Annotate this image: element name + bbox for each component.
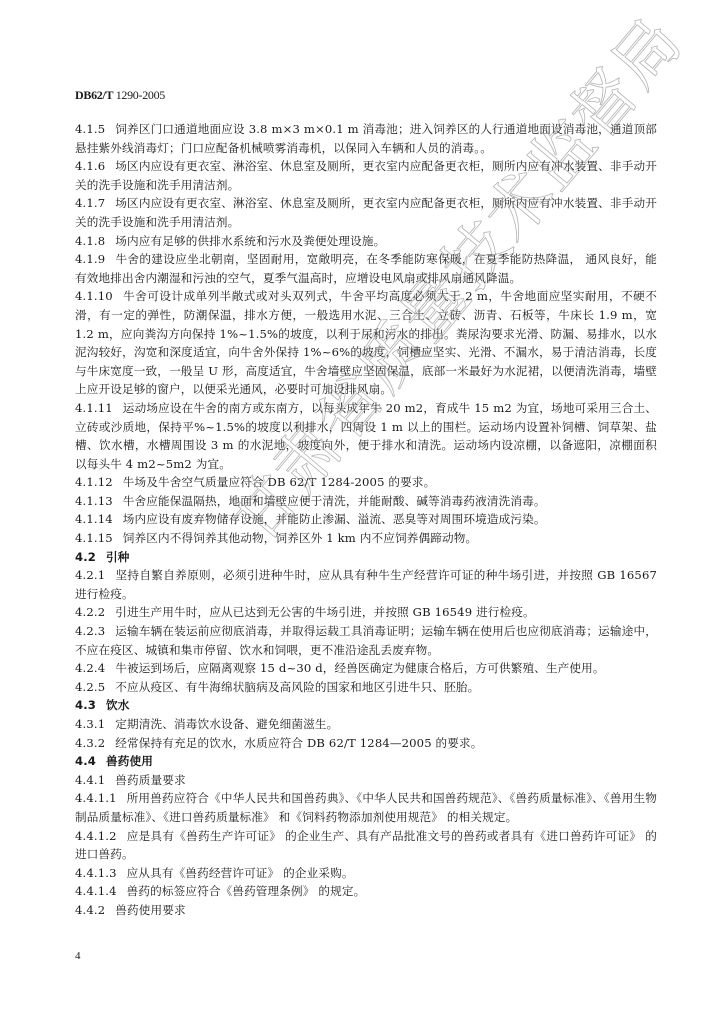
clause-4-1-14: 4.1.14场内应设有废弃物储存设施，并能防止渗漏、溢流、恶臭等对周围环境造成污… [75, 510, 657, 529]
clause-4-1-15: 4.1.15饲养区内不得饲养其他动物，饲养区外 1 km 内不应饲养偶蹄动物。 [75, 529, 657, 548]
clause-text: 引进生产用牛时，应从已达到无公害的牛场引进，并按照 GB 16549 进行检疫。 [115, 605, 535, 619]
clause-text: 运输车辆在装运前应彻底消毒，并取得运载工具消毒证明；运输车辆在使用后也应彻底消毒… [75, 624, 657, 657]
clause-4-2-4: 4.2.4牛被运到场后，应隔离观察 15 d~30 d，经兽医确定为健康合格后，… [75, 659, 657, 678]
clause-number: 4.1.14 [75, 512, 113, 526]
clause-4-1-8: 4.1.8场内应有足够的供排水系统和污水及粪便处理设施。 [75, 232, 657, 251]
clause-4-1-13: 4.1.13牛舍应能保温隔热，地面和墙壁应便于清洗，并能耐酸、碱等消毒药液清洗消… [75, 492, 657, 511]
clause-4-1-6: 4.1.6场区内应设有更衣室、淋浴室、休息室及厕所，更衣室内应配备更衣柜，厕所内… [75, 157, 657, 194]
clause-number: 4.2.5 [75, 680, 105, 694]
page-number: 4 [75, 950, 81, 962]
section-title: 引种 [106, 550, 130, 564]
clause-text: 应从具有《兽药经营许可证》 的企业采购。 [127, 866, 354, 880]
section-heading-4-4: 4.4兽药使用 [75, 752, 657, 771]
clause-4-3-2: 4.3.2经常保持有充足的饮水，水质应符合 DB 62/T 1284—2005 … [75, 734, 657, 753]
clause-number: 4.1.10 [75, 289, 113, 303]
clause-number: 4.1.7 [75, 196, 105, 210]
clause-number: 4.2.2 [75, 605, 105, 619]
clause-number: 4.4.1.4 [75, 884, 117, 898]
standard-prefix: DB62/T [75, 88, 113, 102]
clause-4-2-3: 4.2.3运输车辆在装运前应彻底消毒，并取得运载工具消毒证明；运输车辆在使用后也… [75, 622, 657, 659]
clause-text: 场内应设有废弃物储存设施，并能防止渗漏、溢流、恶臭等对周围环境造成污染。 [123, 512, 546, 526]
clause-number: 4.4.1.2 [75, 829, 117, 843]
clause-number: 4.1.9 [75, 252, 105, 266]
clause-4-3-1: 4.3.1定期清洗、消毒饮水设备、避免细菌滋生。 [75, 715, 657, 734]
clause-text: 不应从疫区、有牛海绵状脑病及高风险的国家和地区引进牛只、胚胎。 [115, 680, 479, 694]
section-number: 4.3 [75, 698, 96, 712]
clause-4-4-1-2: 4.4.1.2应是具有《兽药生产许可证》 的企业生产、具有产品批准文号的兽药或者… [75, 827, 657, 864]
clause-4-4-1-4: 4.4.1.4兽药的标签应符合《兽药管理条例》 的规定。 [75, 882, 657, 901]
clause-text: 应是具有《兽药生产许可证》 的企业生产、具有产品批准文号的兽药或者具有《进口兽药… [75, 829, 657, 862]
clause-number: 4.3.2 [75, 736, 105, 750]
clause-text: 饲养区门口通道地面应设 3.8 m×3 m×0.1 m 消毒池；进入饲养区的人行… [75, 122, 657, 155]
section-number: 4.2 [75, 550, 96, 564]
clause-4-1-11: 4.1.11运动场应设在牛舍的南方或东南方，以每头成年牛 20 m2，育成牛 1… [75, 399, 657, 473]
standard-number: 1290-2005 [116, 88, 165, 102]
clause-text: 牛舍应能保温隔热，地面和墙壁应便于清洗，并能耐酸、碱等消毒药液清洗消毒。 [123, 494, 546, 508]
clause-text: 牛舍可设计成单列半敞式或对头双列式，牛舍平均高度必须大于 2 m，牛舍地面应坚实… [75, 289, 657, 396]
clause-number: 4.4.1.3 [75, 866, 117, 880]
clause-number: 4.4.2 [75, 903, 105, 917]
clause-number: 4.4.1.1 [75, 791, 117, 805]
clause-number: 4.1.8 [75, 234, 105, 248]
clause-text: 经常保持有充足的饮水，水质应符合 DB 62/T 1284—2005 的要求。 [115, 736, 482, 750]
clause-text: 运动场应设在牛舍的南方或东南方，以每头成年牛 20 m2，育成牛 15 m2 为… [75, 401, 657, 471]
document-code-header: DB62/T 1290-2005 [75, 88, 165, 103]
clause-number: 4.2.1 [75, 568, 105, 582]
clause-text: 兽药的标签应符合《兽药管理条例》 的规定。 [127, 884, 366, 898]
clause-4-2-2: 4.2.2引进生产用牛时，应从已达到无公害的牛场引进，并按照 GB 16549 … [75, 603, 657, 622]
section-number: 4.4 [75, 754, 96, 768]
clause-number: 4.1.15 [75, 531, 113, 545]
clause-text: 兽药质量要求 [115, 773, 185, 787]
clause-text: 坚持自繁自养原则，必须引进种牛时，应从具有种牛生产经营许可证的种牛场引进，并按照… [75, 568, 657, 601]
clause-4-4-2: 4.4.2兽药使用要求 [75, 901, 657, 920]
clause-4-1-7: 4.1.7场区内应设有更衣室、淋浴室、休息室及厕所，更衣室内应配备更衣柜，厕所内… [75, 194, 657, 231]
clause-number: 4.1.11 [75, 401, 113, 415]
clause-text: 牛舍的建设应坐北朝南，坚固耐用，宽敞明亮，在冬季能防寒保暖，在夏季能防热降温， … [75, 252, 657, 285]
section-title: 饮水 [106, 698, 130, 712]
clause-4-4-1-1: 4.4.1.1所用兽药应符合《中华人民共和国兽药典》、《中华人民共和国兽药规范》… [75, 789, 657, 826]
clause-4-1-10: 4.1.10牛舍可设计成单列半敞式或对头双列式，牛舍平均高度必须大于 2 m，牛… [75, 287, 657, 399]
clause-text: 场区内应设有更衣室、淋浴室、休息室及厕所，更衣室内应配备更衣柜，厕所内应有冲水装… [75, 196, 657, 229]
clause-4-1-12: 4.1.12牛场及牛舍空气质量应符合 DB 62/T 1284-2005 的要求… [75, 473, 657, 492]
clause-number: 4.1.13 [75, 494, 113, 508]
section-heading-4-2: 4.2引种 [75, 548, 657, 567]
clause-text: 牛场及牛舍空气质量应符合 DB 62/T 1284-2005 的要求。 [123, 475, 436, 489]
clause-text: 饲养区内不得饲养其他动物，饲养区外 1 km 内不应饲养偶蹄动物。 [123, 531, 477, 545]
clause-number: 4.2.4 [75, 661, 105, 675]
clause-4-4-1-3: 4.4.1.3应从具有《兽药经营许可证》 的企业采购。 [75, 864, 657, 883]
document-body: 4.1.5饲养区门口通道地面应设 3.8 m×3 m×0.1 m 消毒池；进入饲… [75, 120, 657, 920]
clause-text: 场内应有足够的供排水系统和污水及粪便处理设施。 [115, 234, 385, 248]
clause-4-1-5: 4.1.5饲养区门口通道地面应设 3.8 m×3 m×0.1 m 消毒池；进入饲… [75, 120, 657, 157]
clause-number: 4.1.6 [75, 159, 105, 173]
clause-number: 4.3.1 [75, 717, 105, 731]
clause-4-2-5: 4.2.5不应从疫区、有牛海绵状脑病及高风险的国家和地区引进牛只、胚胎。 [75, 678, 657, 697]
clause-text: 场区内应设有更衣室、淋浴室、休息室及厕所，更衣室内应配备更衣柜，厕所内应有冲水装… [75, 159, 657, 192]
clause-text: 所用兽药应符合《中华人民共和国兽药典》、《中华人民共和国兽药规范》、《兽药质量标… [75, 791, 657, 824]
clause-number: 4.2.3 [75, 624, 105, 638]
clause-text: 兽药使用要求 [115, 903, 185, 917]
section-title: 兽药使用 [106, 754, 153, 768]
clause-4-2-1: 4.2.1坚持自繁自养原则，必须引进种牛时，应从具有种牛生产经营许可证的种牛场引… [75, 566, 657, 603]
clause-text: 牛被运到场后，应隔离观察 15 d~30 d，经兽医确定为健康合格后，方可供繁殖… [115, 661, 604, 675]
clause-number: 4.1.12 [75, 475, 113, 489]
clause-4-4-1: 4.4.1兽药质量要求 [75, 771, 657, 790]
section-heading-4-3: 4.3饮水 [75, 696, 657, 715]
clause-4-1-9: 4.1.9牛舍的建设应坐北朝南，坚固耐用，宽敞明亮，在冬季能防寒保暖，在夏季能防… [75, 250, 657, 287]
clause-number: 4.4.1 [75, 773, 105, 787]
clause-number: 4.1.5 [75, 122, 105, 136]
clause-text: 定期清洗、消毒饮水设备、避免细菌滋生。 [115, 717, 338, 731]
